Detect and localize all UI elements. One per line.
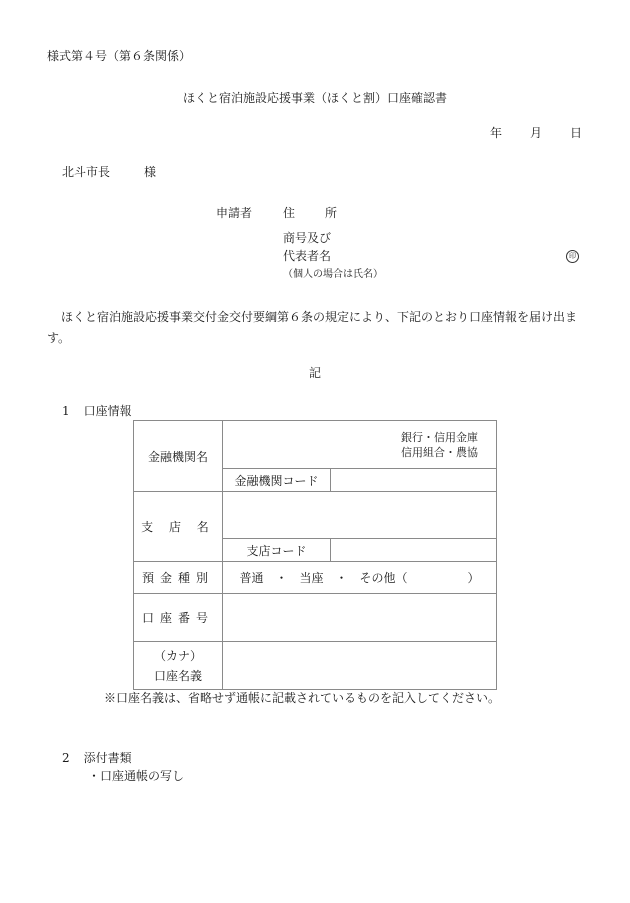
deposit-type-options[interactable]: 普通 ・ 当座 ・ その他（ ） <box>223 562 497 594</box>
applicant-label: 申請者 <box>216 207 252 219</box>
ki-heading: 記 <box>0 367 630 379</box>
account-holder-label: （カナ） 口座名義 <box>134 642 223 690</box>
seal-icon: 印 <box>566 250 579 263</box>
account-info-table: 金融機関名 銀行・信用金庫 信用組合・農協 金融機関コード 支 店 名 支店コー… <box>133 420 497 690</box>
bank-name-field[interactable]: 銀行・信用金庫 信用組合・農協 <box>223 421 497 469</box>
address-char-2: 所 <box>325 206 337 220</box>
deposit-type-label: 預金種別 <box>134 562 223 594</box>
section-1-number: 1 <box>62 404 70 418</box>
account-holder-note: ※口座名義は、省略せず通帳に記載されているものを記入してください。 <box>104 692 500 704</box>
date-line: 年 月 日 <box>462 127 582 139</box>
bank-code-label: 金融機関コード <box>223 469 331 492</box>
branch-name-field[interactable] <box>223 492 497 539</box>
document-title: ほくと宿泊施設応援事業（ほくと割）口座確認書 <box>0 92 630 104</box>
account-number-label: 口座番号 <box>134 594 223 642</box>
section-2-title: 添付書類 <box>84 751 132 765</box>
bank-code-field[interactable] <box>331 469 497 492</box>
branch-name-label: 支 店 名 <box>134 492 223 562</box>
section-1-title: 口座情報 <box>84 404 132 418</box>
branch-code-label: 支店コード <box>223 539 331 562</box>
addressee-name: 北斗市長 <box>62 165 110 179</box>
date-month: 月 <box>502 127 542 139</box>
bank-name-label: 金融機関名 <box>134 421 223 492</box>
section-2-heading: 2添付書類 <box>62 752 132 764</box>
section-1-heading: 1口座情報 <box>62 405 132 417</box>
applicant-name-label-2: 代表者名 <box>283 250 331 262</box>
bank-types-1: 銀行・信用金庫 <box>223 430 478 445</box>
account-holder-field[interactable] <box>223 642 497 690</box>
addressee-honorific: 様 <box>144 165 156 179</box>
holder-label: 口座名義 <box>134 666 222 686</box>
applicant-address-label: 住所 <box>283 207 337 219</box>
branch-code-field[interactable] <box>331 539 497 562</box>
bank-types-2: 信用組合・農協 <box>223 445 478 460</box>
account-number-field[interactable] <box>223 594 497 642</box>
section-2-number: 2 <box>62 751 70 765</box>
attachment-item: ・口座通帳の写し <box>88 770 184 782</box>
form-number: 様式第４号（第６条関係） <box>47 50 191 62</box>
address-char-1: 住 <box>283 206 295 220</box>
date-day: 日 <box>542 127 582 139</box>
kana-label: （カナ） <box>134 646 222 666</box>
body-text: ほくと宿泊施設応援事業交付金交付要綱第６条の規定により、下記のとおり口座情報を届… <box>47 307 587 349</box>
addressee: 北斗市長様 <box>62 166 156 178</box>
applicant-name-label-1: 商号及び <box>283 232 331 244</box>
applicant-note: （個人の場合は氏名） <box>283 270 383 280</box>
date-year: 年 <box>462 127 502 139</box>
